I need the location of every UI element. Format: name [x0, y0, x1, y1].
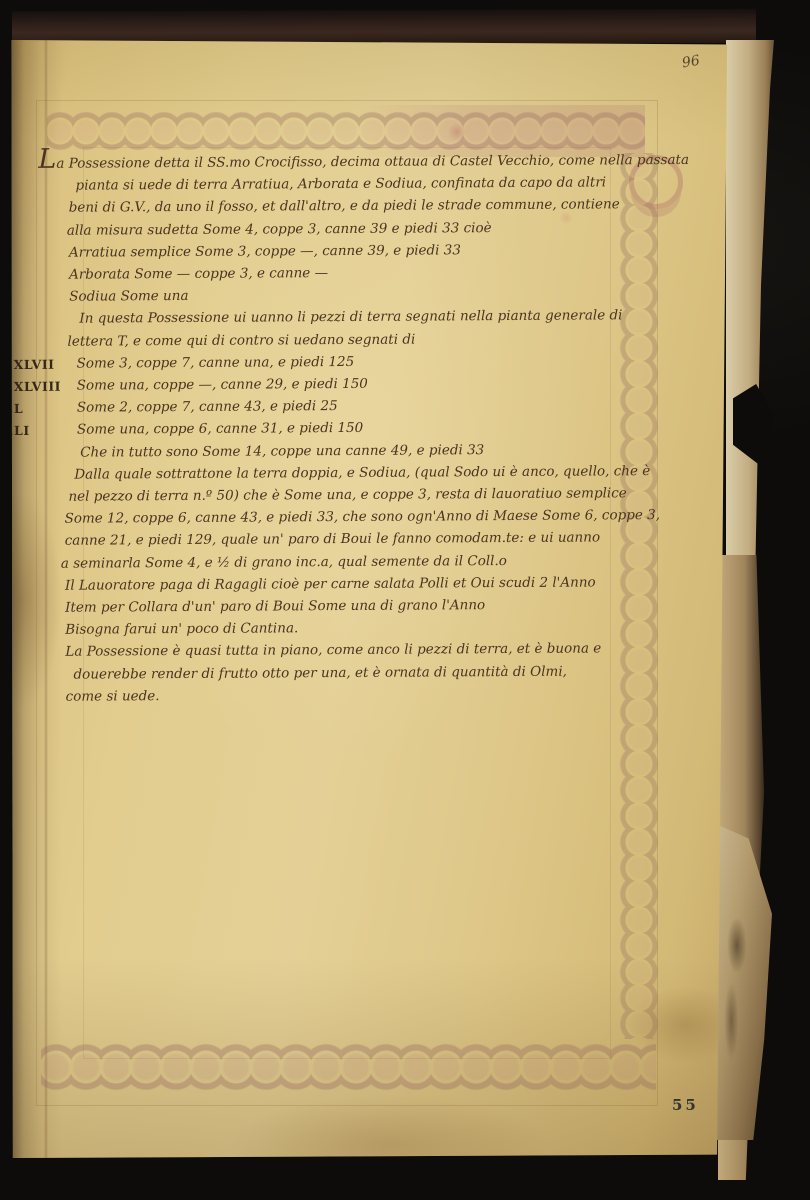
line-text: douerebbe render di frutto otto per una,…	[73, 660, 567, 685]
line-text: come si uede.	[66, 685, 160, 708]
border-chain-bottom	[41, 1037, 656, 1097]
photograph-backdrop: 96 La Possessione detta il SS.mo Crocifi…	[0, 0, 810, 1200]
line-text: Item per Collara d'un' paro di Boui Some…	[65, 594, 485, 619]
margin-number: N.XLVII	[0, 354, 55, 377]
manuscript-text: La Possessione detta il SS.mo Crocifisso…	[38, 142, 651, 708]
line-text: lettera T, e come qui di contro si uedan…	[67, 328, 415, 352]
line-text: canne 21, e piedi 129, quale un' paro di…	[65, 527, 600, 552]
line-text: La Possessione è quasi tutta in piano, c…	[65, 638, 601, 663]
line-text: In questa Possessione ui uanno li pezzi …	[79, 305, 622, 331]
margin-number: N.LI	[0, 420, 30, 442]
manuscript-page: 96 La Possessione detta il SS.mo Crocifi…	[10, 40, 730, 1158]
manuscript-line: come si uede.	[66, 682, 652, 708]
line-text: a seminarla Some 4, e ½ di grano inc.a, …	[61, 550, 507, 575]
page-fore-edge-upper	[726, 40, 776, 585]
manuscript-line: La Possessione detta il SS.mo Crocifisso…	[38, 142, 648, 175]
line-text: Some una, coppe 6, canne 31, e piedi 150	[77, 417, 363, 441]
line-text: Arratiua semplice Some 3, coppe —, canne…	[69, 239, 461, 264]
line-text: Some 2, coppe 7, canne 43, e piedi 25	[77, 395, 338, 419]
line-text: alla misura sudetta Some 4, coppe 3, can…	[67, 217, 492, 242]
margin-number: N.L	[0, 398, 23, 420]
margin-number: N.XLVIII	[0, 376, 61, 399]
line-text: Sodiua Some una	[69, 285, 188, 308]
line-text: Il Lauoratore paga di Ragagli cioè per c…	[65, 571, 596, 596]
line-text: Che in tutto sono Some 14, coppe una can…	[80, 439, 484, 464]
folio-number: 96	[681, 53, 701, 72]
line-text: pianta si uede di terra Arratiua, Arbora…	[75, 172, 606, 197]
line-text: Some una, coppe —, canne 29, e piedi 150	[77, 373, 368, 397]
line-text: Some 3, coppe 7, canne una, e piedi 125	[77, 351, 355, 375]
stamp-number: 55	[672, 1096, 699, 1114]
book-binding-edge	[12, 9, 756, 46]
line-text: Arborata Some — coppe 3, e canne —	[69, 262, 328, 286]
line-text: La Possessione detta il SS.mo Crocifisso…	[38, 142, 689, 175]
line-text: Bisogna farui un' poco di Cantina.	[65, 618, 298, 642]
